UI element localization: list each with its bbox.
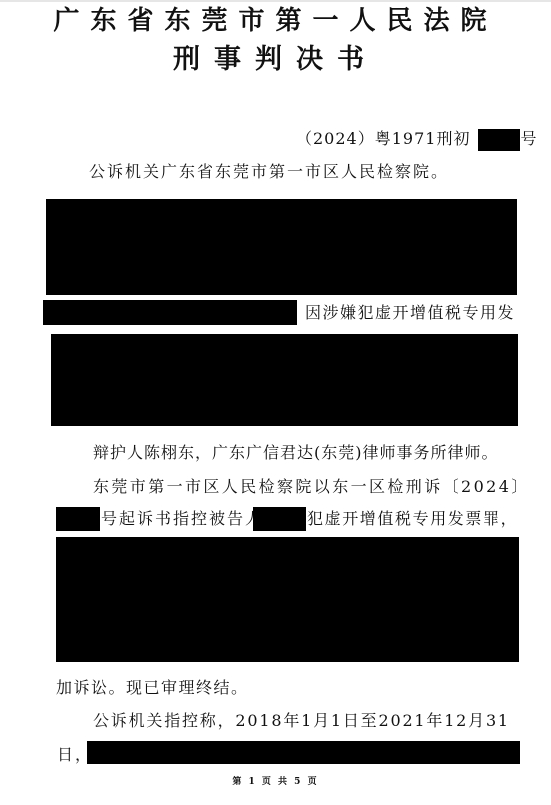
case-number-suffix: 号 bbox=[521, 129, 538, 148]
page-number-footer: 第 1 页 共 5 页 bbox=[0, 774, 551, 787]
proceedings-block bbox=[56, 537, 519, 662]
document-type-heading: 刑事判决书 bbox=[0, 42, 551, 78]
trial-concluded-text: 加诉讼。现已审理终结。 bbox=[56, 677, 249, 699]
court-name-heading: 广东省东莞市第一人民法院 bbox=[0, 4, 551, 38]
prosecutor-paragraph: 公诉机关广东省东莞市第一市区人民检察院。 bbox=[89, 161, 449, 183]
defendant-name-line bbox=[43, 300, 297, 325]
charge-line-1: 公诉机关指控称，2018年1月1日至2021年12月31 bbox=[93, 710, 510, 732]
indictment-line-2a: 号起诉书指控被告人 bbox=[101, 508, 263, 530]
defendant-info-block-1 bbox=[46, 199, 517, 295]
page-top-border bbox=[0, 0, 551, 2]
defendant-suspicion-text: 因涉嫌犯虚开增值税专用发 bbox=[305, 302, 515, 324]
case-number: （2024）粤1971刑初 号 bbox=[296, 128, 538, 151]
defendant-info-block-2 bbox=[51, 334, 518, 426]
defendant-name-inline bbox=[253, 507, 306, 531]
case-number-prefix: （2024）粤1971刑初 bbox=[296, 129, 470, 148]
indictment-number-redaction bbox=[56, 507, 100, 531]
defender-paragraph: 辩护人陈栩东，广东广信君达(东莞)律师事务所律师。 bbox=[93, 442, 499, 464]
case-number-redaction bbox=[478, 129, 520, 151]
indictment-line-2b: 犯虚开增值税专用发票罪， bbox=[307, 508, 518, 530]
charge-details-redaction bbox=[87, 741, 520, 764]
indictment-line-1: 东莞市第一市区人民检察院以东一区检刑诉〔2024〕 bbox=[93, 476, 530, 498]
